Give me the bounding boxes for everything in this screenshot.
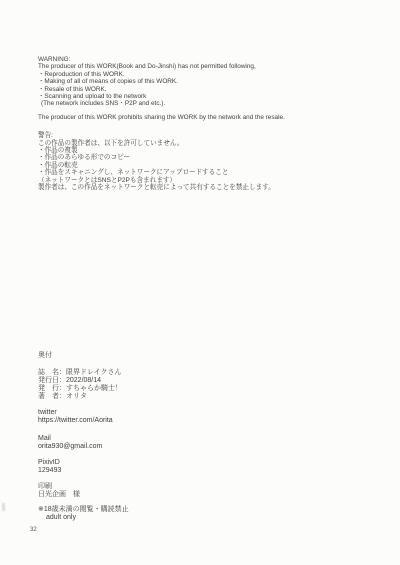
age-restriction-notice: ※18歳未満の閲覧・購読禁止 adult only <box>38 506 358 522</box>
warning-ja-title: 警告: <box>38 132 378 139</box>
scan-artifact <box>2 503 5 511</box>
warning-japanese-section: 警告: この作品の製作者は、以下を許可していません。 ・作品の複製 ・作品のあら… <box>38 132 378 191</box>
warning-en-intro: The producer of this WORK(Book and Do-Ji… <box>38 63 378 70</box>
pixiv-contact: PixivID 129493 <box>38 459 358 475</box>
twitter-label: twitter <box>38 409 358 417</box>
warning-ja-item: ・作品をスキャニングし、ネットワークにアップロードすること <box>38 169 378 176</box>
warning-block: WARNING: The producer of this WORK(Book … <box>38 56 378 192</box>
warning-ja-item: （ネットワークとはSNSとP2Pも含まれます） <box>38 177 378 184</box>
warning-ja-footer: 製作者は、この作品をネットワークと転売によって共有することを禁止します。 <box>38 184 378 191</box>
warning-en-item: ・Reproduction of this WORK. <box>38 71 378 78</box>
book-title-line: 誌 名：限界ドレイクさん <box>38 369 358 377</box>
colophon-section: 奥付 誌 名：限界ドレイクさん 発行日：2022/08/14 発 行：すちゃらか… <box>38 352 358 522</box>
pixiv-label: PixivID <box>38 459 358 467</box>
printer-name: 日光企画 様 <box>38 491 358 499</box>
warning-en-title: WARNING: <box>38 56 378 63</box>
warning-en-footer: The producer of this WORK prohibits shar… <box>38 114 378 121</box>
pixiv-id: 129493 <box>38 467 358 475</box>
author-line: 著 者：オリタ <box>38 393 358 401</box>
twitter-contact: twitter https://twitter.com/Aorita <box>38 409 358 425</box>
warning-en-item: ・Scanning and upload to the network <box>38 93 378 100</box>
warning-en-item: ・Making of all of means of copies of thi… <box>38 78 378 85</box>
warning-ja-intro: この作品の製作者は、以下を許可していません。 <box>38 140 378 147</box>
colophon-page: WARNING: The producer of this WORK(Book … <box>0 0 400 565</box>
page-number: 32 <box>30 527 37 533</box>
mail-address: orita930@gmail.com <box>38 443 358 451</box>
warning-en-item: ・Resale of this WORK. <box>38 86 378 93</box>
publisher-line: 発 行：すちゃらか騎士！ <box>38 385 358 393</box>
adult-only-line: adult only <box>38 514 358 522</box>
warning-en-item: (The network includes SNS・P2P and etc.). <box>38 100 378 107</box>
warning-english-section: WARNING: The producer of this WORK(Book … <box>38 56 378 121</box>
mail-label: Mail <box>38 435 358 443</box>
mail-contact: Mail orita930@gmail.com <box>38 435 358 451</box>
twitter-url: https://twitter.com/Aorita <box>38 417 358 425</box>
printer-info: 印刷 日光企画 様 <box>38 483 358 499</box>
publish-date-line: 発行日：2022/08/14 <box>38 377 358 385</box>
colophon-heading: 奥付 <box>38 352 358 360</box>
warning-ja-item: ・作品のあらゆる形でのコピー <box>38 154 378 161</box>
publication-details: 誌 名：限界ドレイクさん 発行日：2022/08/14 発 行：すちゃらか騎士！… <box>38 369 358 401</box>
age-restriction-line: ※18歳未満の閲覧・購読禁止 <box>38 506 358 514</box>
print-label: 印刷 <box>38 483 358 491</box>
